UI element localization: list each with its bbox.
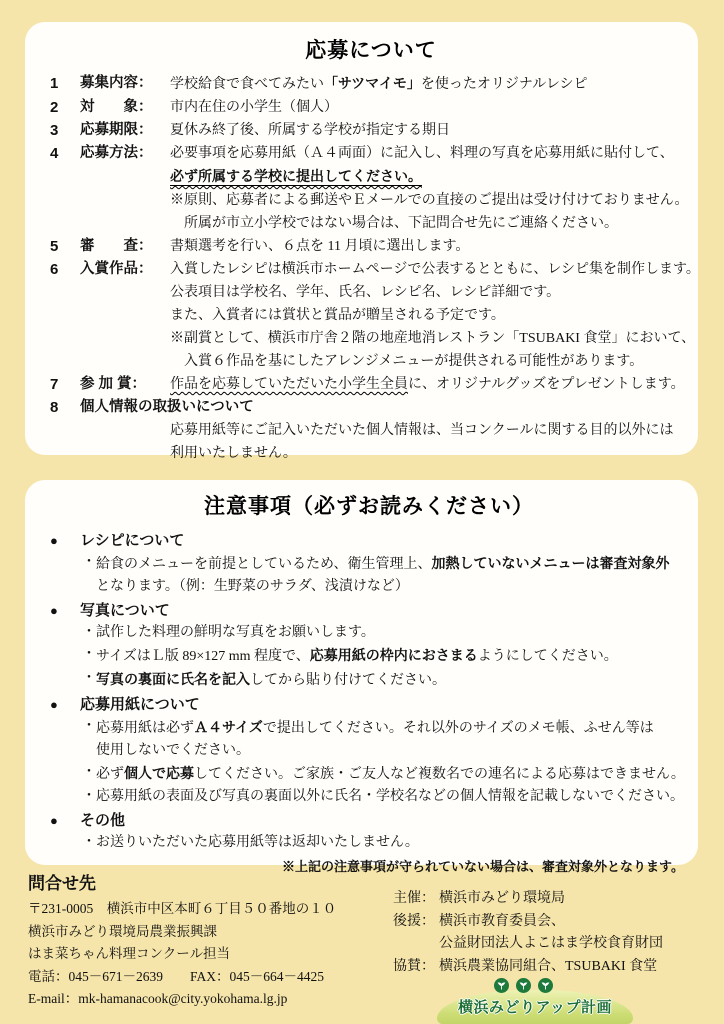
application-items: 1募集内容：学校給食で食べてみたい「サツマイモ」を使ったオリジナルレシピ2対 象… <box>50 72 692 465</box>
application-item: 3応募期限：夏休み終了後、所属する学校が指定する期日 <box>50 119 692 142</box>
application-box-title: 応募について <box>50 30 692 72</box>
organizer-name: 公益財団法人よこはま学校食育財団 <box>439 933 663 956</box>
organizer-name: 横浜農業協同組合、TSUBAKI 食堂 <box>439 956 657 979</box>
text-line: お送りいただいた応募用紙等は返却いたしません。 <box>96 832 419 854</box>
item-number: 1 <box>50 72 80 95</box>
item-label: 応募方法： <box>80 142 170 165</box>
text-line: 書類選考を行い、６点を 11 月頃に選出します。 <box>170 235 692 258</box>
organizer-line: 後援：横浜市教育委員会、 <box>393 911 723 934</box>
text-line: 必ず個人で応募してください。ご家族・ご友人など複数名での連名による応募はできませ… <box>96 762 685 786</box>
bullet-dot-icon: ・ <box>82 832 96 854</box>
notes-section-heading: ●その他 <box>50 810 688 832</box>
notes-sections: ●レシピについて・給食のメニューを前提としているため、衛生管理上、加熱していない… <box>50 530 688 854</box>
text-line: 必ず所属する学校に提出してください。 <box>170 165 692 189</box>
bullet-dot-icon: ・ <box>82 552 96 576</box>
contact-line: 横浜市みどり環境局農業振興課 <box>28 921 388 944</box>
section-bullet-icon: ● <box>50 600 80 622</box>
application-item: 4応募方法：必要事項を応募用紙（Ａ４両面）に記入し、料理の写真を応募用紙に貼付し… <box>50 142 692 235</box>
notes-bullet: ・試作した料理の鮮明な写真をお願いします。 <box>82 622 688 644</box>
logo-leaf-circle <box>494 978 509 993</box>
text-segment: 必要事項を応募用紙（Ａ４両面）に記入し、料理の写真を応募用紙に貼付して、 <box>170 146 674 161</box>
contact-line: E-mail：mk-hamanacook@city.yokohama.lg.jp <box>28 988 388 1011</box>
text-segment: 所属が市立小学校ではない場合は、下記問合せ先にご連絡ください。 <box>170 216 618 231</box>
notes-bullet-first-line: ・サイズはＬ版 89×127 mm 程度で、応募用紙の枠内におさまるようにしてく… <box>82 644 688 668</box>
text-segment: で提出してください。それ以外のサイズのメモ帳、ふせん等は <box>263 721 654 736</box>
notes-bullet-first-line: ・お送りいただいた応募用紙等は返却いたしません。 <box>82 832 688 854</box>
text-segment: となります。（例：生野菜のサラダ、浅漬けなど） <box>96 579 409 594</box>
text-line: サイズはＬ版 89×127 mm 程度で、応募用紙の枠内におさまるようにしてくだ… <box>96 644 618 668</box>
notes-section-heading: ●応募用紙について <box>50 694 688 716</box>
application-info-box: 応募について 1募集内容：学校給食で食べてみたい「サツマイモ」を使ったオリジナル… <box>25 22 698 455</box>
notes-bullet: ・写真の裏面に氏名を記入してから貼り付けてください。 <box>82 668 688 692</box>
notes-bullet: ・応募用紙は必ずＡ４サイズで提出してください。それ以外のサイズのメモ帳、ふせん等… <box>82 716 688 762</box>
bullet-dot-icon: ・ <box>82 762 96 786</box>
notes-bullet-first-line: ・必ず個人で応募してください。ご家族・ご友人など複数名での連名による応募はできま… <box>82 762 688 786</box>
logo-icon-circles <box>494 978 553 993</box>
item-label: 審 査： <box>80 235 170 258</box>
text-line: 作品を応募していただいた小学生全員に、オリジナルグッズをプレゼントします。 <box>170 373 692 396</box>
text-segment: また、入賞者には賞状と賞品が贈呈される予定です。 <box>170 308 505 323</box>
contact-line: はま菜ちゃん料理コンクール担当 <box>28 943 388 966</box>
text-segment: 試作した料理の鮮明な写真をお願いします。 <box>96 625 375 640</box>
item-content: 市内在住の小学生（個人） <box>170 96 692 119</box>
notes-section-title: 写真について <box>80 600 170 622</box>
organizer-role-label: 主催： <box>393 888 439 911</box>
item-number: 7 <box>50 373 80 396</box>
text-segment: 必ず所属する学校に提出してください。 <box>170 168 422 186</box>
notes-bullet-first-line: ・応募用紙の表面及び写真の裏面以外に氏名・学校名などの個人情報を記載しないでくだ… <box>82 786 688 808</box>
text-line: 試作した料理の鮮明な写真をお願いします。 <box>96 622 375 644</box>
bullet-dot-icon: ・ <box>82 668 96 692</box>
text-segment: 書類選考を行い、６点を 11 月頃に選出します。 <box>170 239 469 254</box>
item-content: 応募用紙等にご記入いただいた個人情報は、当コンクールに関する目的以外には利用いた… <box>170 419 692 465</box>
item-number: 5 <box>50 235 80 258</box>
text-segment: に、オリジナルグッズをプレゼントします。 <box>408 377 685 392</box>
text-segment: 「サツマイモ」 <box>324 75 421 91</box>
text-segment: してから貼り付けてください。 <box>250 673 446 688</box>
organizer-role-label: 後援： <box>393 911 439 934</box>
text-segment: サイズはＬ版 89×127 mm 程度で、 <box>96 649 310 664</box>
text-segment: 加熱していないメニューは審査対象外 <box>431 555 669 571</box>
text-segment: 夏休み終了後、所属する学校が指定する期日 <box>170 123 450 138</box>
text-segment: お送りいただいた応募用紙等は返却いたしません。 <box>96 835 419 850</box>
text-segment: 使用しないでください。 <box>96 743 250 758</box>
notes-bullet-first-line: ・写真の裏面に氏名を記入してから貼り付けてください。 <box>82 668 688 692</box>
text-line: となります。（例：生野菜のサラダ、浅漬けなど） <box>96 576 688 598</box>
text-line: 市内在住の小学生（個人） <box>170 96 692 119</box>
item-content: 入賞したレシピは横浜市ホームページで公表するとともに、レシピ集を制作します。公表… <box>170 258 692 373</box>
logo-leaf-circle <box>516 978 531 993</box>
application-item: 2対 象：市内在住の小学生（個人） <box>50 96 692 119</box>
item-content: 学校給食で食べてみたい「サツマイモ」を使ったオリジナルレシピ <box>170 72 692 96</box>
notes-bullet-first-line: ・給食のメニューを前提としているため、衛生管理上、加熱していないメニューは審査対… <box>82 552 688 576</box>
item-label: 個人情報の取扱いについて <box>80 396 692 419</box>
notes-box-title: 注意事項（必ずお読みください） <box>50 486 688 528</box>
organizer-line: 主催：横浜市みどり環境局 <box>393 888 723 911</box>
organizer-line: 協賛：横浜農業協同組合、TSUBAKI 食堂 <box>393 956 723 979</box>
application-item: 1募集内容：学校給食で食べてみたい「サツマイモ」を使ったオリジナルレシピ <box>50 72 692 96</box>
notes-bullet: ・応募用紙の表面及び写真の裏面以外に氏名・学校名などの個人情報を記載しないでくだ… <box>82 786 688 808</box>
text-segment: 写真の裏面に氏名を記入 <box>96 671 250 687</box>
bullet-dot-icon: ・ <box>82 716 96 740</box>
notes-section-title: レシピについて <box>80 530 184 552</box>
organizer-line: 公益財団法人よこはま学校食育財団 <box>393 933 723 956</box>
notes-box: 注意事項（必ずお読みください） ●レシピについて・給食のメニューを前提としている… <box>25 480 698 865</box>
text-line: 学校給食で食べてみたい「サツマイモ」を使ったオリジナルレシピ <box>170 72 692 96</box>
text-segment: 市内在住の小学生（個人） <box>170 100 338 115</box>
section-bullet-icon: ● <box>50 530 80 552</box>
text-line: 入賞したレシピは横浜市ホームページで公表するとともに、レシピ集を制作します。 <box>170 258 692 281</box>
text-line: 夏休み終了後、所属する学校が指定する期日 <box>170 119 692 142</box>
yokohama-midori-up-logo: 横浜みどりアップ計画 <box>437 978 633 1024</box>
text-line: 所属が市立小学校ではない場合は、下記問合せ先にご連絡ください。 <box>170 212 692 235</box>
flyer-page: 応募について 1募集内容：学校給食で食べてみたい「サツマイモ」を使ったオリジナル… <box>0 0 724 1024</box>
text-segment: ようにしてください。 <box>478 649 618 664</box>
contact-heading: 問合せ先 <box>28 872 388 896</box>
notes-section-title: 応募用紙について <box>80 694 200 716</box>
text-line: 入賞６作品を基にしたアレンジメニューが提供される可能性があります。 <box>170 350 692 373</box>
text-segment: 応募用紙は必ず <box>96 721 194 736</box>
text-line: ※原則、応募者による郵送やＥメールでの直接のご提出は受け付けておりません。 <box>170 189 692 212</box>
application-item: 6入賞作品：入賞したレシピは横浜市ホームページで公表するとともに、レシピ集を制作… <box>50 258 692 373</box>
application-item: 7参 加 賞：作品を応募していただいた小学生全員に、オリジナルグッズをプレゼント… <box>50 373 692 396</box>
contact-line: 〒231-0005 横浜市中区本町６丁目５０番地の１０ <box>28 898 388 921</box>
organizers-block: 主催：横浜市みどり環境局後援：横浜市教育委員会、公益財団法人よこはま学校食育財団… <box>393 888 723 978</box>
item-number: 6 <box>50 258 80 281</box>
item-content: 夏休み終了後、所属する学校が指定する期日 <box>170 119 692 142</box>
text-line: 応募用紙等にご記入いただいた個人情報は、当コンクールに関する目的以外には <box>170 419 692 442</box>
notes-bullet: ・お送りいただいた応募用紙等は返却いたしません。 <box>82 832 688 854</box>
sprout-icon <box>541 981 550 990</box>
contact-line: 電話：045－671－2639 FAX：045－664－4425 <box>28 966 388 989</box>
notes-section-heading: ●写真について <box>50 600 688 622</box>
bullet-dot-icon: ・ <box>82 644 96 668</box>
text-segment: してください。ご家族・ご友人など複数名での連名による応募はできません。 <box>194 767 685 782</box>
text-line: 公表項目は学校名、学年、氏名、レシピ名、レシピ詳細です。 <box>170 281 692 304</box>
notes-section-heading: ●レシピについて <box>50 530 688 552</box>
notes-bullet: ・必ず個人で応募してください。ご家族・ご友人など複数名での連名による応募はできま… <box>82 762 688 786</box>
text-segment: 応募用紙の表面及び写真の裏面以外に氏名・学校名などの個人情報を記載しないでくださ… <box>96 789 684 804</box>
item-label: 応募期限： <box>80 119 170 142</box>
sprout-icon <box>497 981 506 990</box>
text-segment: 応募用紙の枠内におさまる <box>310 647 478 663</box>
text-segment: 利用いたしません。 <box>170 446 297 461</box>
text-line: 応募用紙の表面及び写真の裏面以外に氏名・学校名などの個人情報を記載しないでくださ… <box>96 786 684 808</box>
organizer-name: 横浜市教育委員会、 <box>439 911 565 934</box>
text-segment: を使ったオリジナルレシピ <box>421 77 588 92</box>
item-label: 募集内容： <box>80 72 170 95</box>
text-line: 使用しないでください。 <box>96 740 688 762</box>
notes-bullet: ・サイズはＬ版 89×127 mm 程度で、応募用紙の枠内におさまるようにしてく… <box>82 644 688 668</box>
text-segment: Ａ４サイズ <box>194 719 263 735</box>
text-segment: 作品を応募していただいた小学生全員 <box>170 377 408 392</box>
contact-lines: 〒231-0005 横浜市中区本町６丁目５０番地の１０横浜市みどり環境局農業振興… <box>28 898 388 1011</box>
text-segment: ※原則、応募者による郵送やＥメールでの直接のご提出は受け付けておりません。 <box>170 193 689 208</box>
item-content: 必要事項を応募用紙（Ａ４両面）に記入し、料理の写真を応募用紙に貼付して、必ず所属… <box>170 142 692 235</box>
text-line: ※副賞として、横浜市庁舎２階の地産地消レストラン「TSUBAKI 食堂」において… <box>170 327 692 350</box>
text-segment: 学校給食で食べてみたい <box>170 77 324 92</box>
text-line: また、入賞者には賞状と賞品が贈呈される予定です。 <box>170 304 692 327</box>
item-number: 3 <box>50 119 80 142</box>
organizer-role-label: 協賛： <box>393 956 439 979</box>
text-line: 必要事項を応募用紙（Ａ４両面）に記入し、料理の写真を応募用紙に貼付して、 <box>170 142 692 165</box>
contact-block: 問合せ先 〒231-0005 横浜市中区本町６丁目５０番地の１０横浜市みどり環境… <box>28 872 388 1011</box>
notes-section-title: その他 <box>80 810 125 832</box>
logo-leaf-circle <box>538 978 553 993</box>
section-bullet-icon: ● <box>50 810 80 832</box>
text-segment: 入賞６作品を基にしたアレンジメニューが提供される可能性があります。 <box>170 354 643 369</box>
bullet-dot-icon: ・ <box>82 786 96 808</box>
text-segment: 必ず <box>96 767 124 782</box>
section-bullet-icon: ● <box>50 694 80 716</box>
application-item: 5審 査：書類選考を行い、６点を 11 月頃に選出します。 <box>50 235 692 258</box>
bullet-dot-icon: ・ <box>82 622 96 644</box>
item-number: 4 <box>50 142 80 165</box>
text-segment: 公表項目は学校名、学年、氏名、レシピ名、レシピ詳細です。 <box>170 285 560 300</box>
sprout-icon <box>519 981 528 990</box>
text-line: 応募用紙は必ずＡ４サイズで提出してください。それ以外のサイズのメモ帳、ふせん等は <box>96 716 654 740</box>
item-label: 入賞作品： <box>80 258 170 281</box>
item-number: 2 <box>50 96 80 119</box>
item-label: 参 加 賞： <box>80 373 170 396</box>
item-number: 8 <box>50 396 80 419</box>
notes-bullet-first-line: ・応募用紙は必ずＡ４サイズで提出してください。それ以外のサイズのメモ帳、ふせん等… <box>82 716 688 740</box>
organizer-name: 横浜市みどり環境局 <box>439 888 565 911</box>
text-line: 利用いたしません。 <box>170 442 692 465</box>
item-label: 対 象： <box>80 96 170 119</box>
item-content: 書類選考を行い、６点を 11 月頃に選出します。 <box>170 235 692 258</box>
text-line: 給食のメニューを前提としているため、衛生管理上、加熱していないメニューは審査対象… <box>96 552 669 576</box>
text-segment: 応募用紙等にご記入いただいた個人情報は、当コンクールに関する目的以外には <box>170 423 673 438</box>
organizer-role-label <box>393 933 439 956</box>
notes-bullet: ・給食のメニューを前提としているため、衛生管理上、加熱していないメニューは審査対… <box>82 552 688 598</box>
text-segment: 給食のメニューを前提としているため、衛生管理上、 <box>96 557 431 572</box>
text-segment: 入賞したレシピは横浜市ホームページで公表するとともに、レシピ集を制作します。 <box>170 262 700 277</box>
logo-text: 横浜みどりアップ計画 <box>437 996 633 1017</box>
text-segment: ※副賞として、横浜市庁舎２階の地産地消レストラン「TSUBAKI 食堂」において… <box>170 331 695 346</box>
text-line: 写真の裏面に氏名を記入してから貼り付けてください。 <box>96 668 446 692</box>
notes-bullet-first-line: ・試作した料理の鮮明な写真をお願いします。 <box>82 622 688 644</box>
application-item: 8個人情報の取扱いについて <box>50 396 692 419</box>
text-segment: 個人で応募 <box>124 765 194 781</box>
item-content: 作品を応募していただいた小学生全員に、オリジナルグッズをプレゼントします。 <box>170 373 692 396</box>
